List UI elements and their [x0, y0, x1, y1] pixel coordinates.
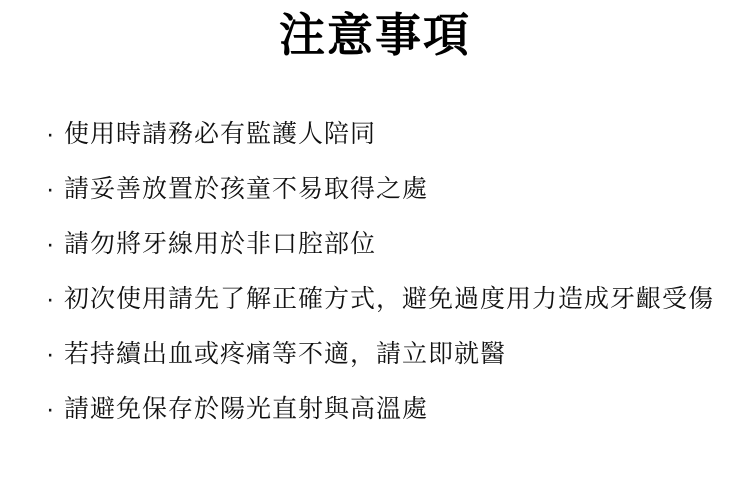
bullet-icon: · — [46, 286, 64, 312]
notice-item-text: 請勿將牙線用於非口腔部位 — [64, 231, 720, 257]
bullet-icon: · — [46, 341, 64, 367]
bullet-icon: · — [46, 121, 64, 147]
notice-item-text: 請妥善放置於孩童不易取得之處 — [64, 176, 720, 202]
notice-item-text: 初次使用請先了解正確方式，避免過度用力造成牙齦受傷 — [64, 286, 720, 312]
bullet-icon: · — [46, 176, 64, 202]
notice-item: · 請勿將牙線用於非口腔部位 — [46, 231, 720, 257]
notice-item-text: 使用時請務必有監護人陪同 — [64, 121, 720, 147]
notice-item: · 使用時請務必有監護人陪同 — [46, 121, 720, 147]
notice-item-text: 請避免保存於陽光直射與高溫處 — [64, 396, 720, 422]
bullet-icon: · — [46, 396, 64, 422]
page-title: 注意事項 — [0, 0, 750, 63]
notice-item: · 若持續出血或疼痛等不適，請立即就醫 — [46, 341, 720, 367]
precautions-page: 注意事項 · 使用時請務必有監護人陪同 · 請妥善放置於孩童不易取得之處 · 請… — [0, 0, 750, 494]
notice-item: · 請避免保存於陽光直射與高溫處 — [46, 396, 720, 422]
notice-item: · 初次使用請先了解正確方式，避免過度用力造成牙齦受傷 — [46, 286, 720, 312]
notice-item: · 請妥善放置於孩童不易取得之處 — [46, 176, 720, 202]
notice-list: · 使用時請務必有監護人陪同 · 請妥善放置於孩童不易取得之處 · 請勿將牙線用… — [0, 121, 750, 422]
notice-item-text: 若持續出血或疼痛等不適，請立即就醫 — [64, 341, 720, 367]
bullet-icon: · — [46, 231, 64, 257]
